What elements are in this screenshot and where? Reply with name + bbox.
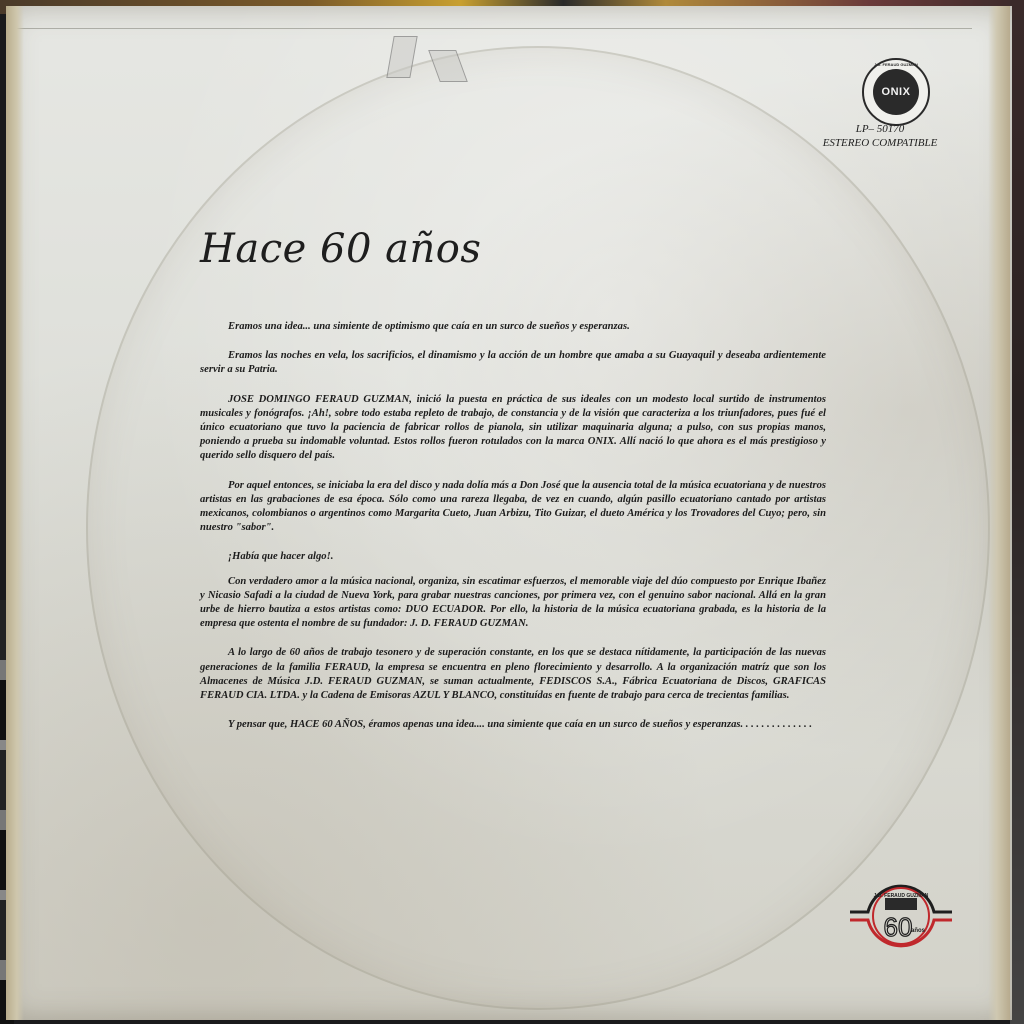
liner-paragraph: Por aquel entonces, se iniciaba la era d… — [200, 479, 826, 536]
logo-suffix: años — [911, 928, 926, 934]
liner-paragraph: Eramos una idea... una simiente de optim… — [200, 320, 826, 334]
sleeve-left-edge — [6, 6, 24, 1020]
logo-brand-text: J.D. FERAUD GUZMAN — [874, 893, 929, 899]
liner-paragraph: ¡Había que hacer algo!. — [200, 550, 826, 564]
background-shelf-right — [1010, 0, 1024, 1024]
onix-logo-text: ONIX — [882, 86, 911, 98]
liner-notes: Eramos una idea... una simiente de optim… — [200, 320, 826, 747]
sleeve-right-edge — [988, 6, 1010, 1020]
logo-ring-text: J.D. FERAUD GUZMAN — [864, 62, 928, 67]
catalog-number: LP– 50170 — [800, 122, 960, 136]
onix-label-logo: J.D. FERAUD GUZMAN ONIX — [862, 58, 930, 126]
onix-logo-badge: ONIX — [873, 69, 919, 115]
catalog-info: LP– 50170 ESTEREO COMPATIBLE — [800, 122, 960, 150]
liner-paragraph: Y pensar que, HACE 60 AÑOS, éramos apena… — [200, 718, 826, 732]
page-title: Hace 60 años — [200, 226, 481, 272]
liner-paragraph: Con verdadero amor a la música nacional,… — [200, 575, 826, 632]
anniversary-60-logo: J.D. FERAUD GUZMAN 60 años — [848, 876, 954, 956]
liner-paragraph: Eramos las noches en vela, los sacrifici… — [200, 349, 826, 377]
logo-number: 60 — [884, 912, 913, 942]
liner-paragraph: JOSE DOMINGO FERAUD GUZMAN, inició la pu… — [200, 393, 826, 464]
liner-paragraph: A lo largo de 60 años de trabajo tesoner… — [200, 646, 826, 703]
format-label: ESTEREO COMPATIBLE — [800, 136, 960, 150]
logo-brand-block — [885, 898, 917, 910]
sleeve-fold-line — [16, 28, 972, 29]
